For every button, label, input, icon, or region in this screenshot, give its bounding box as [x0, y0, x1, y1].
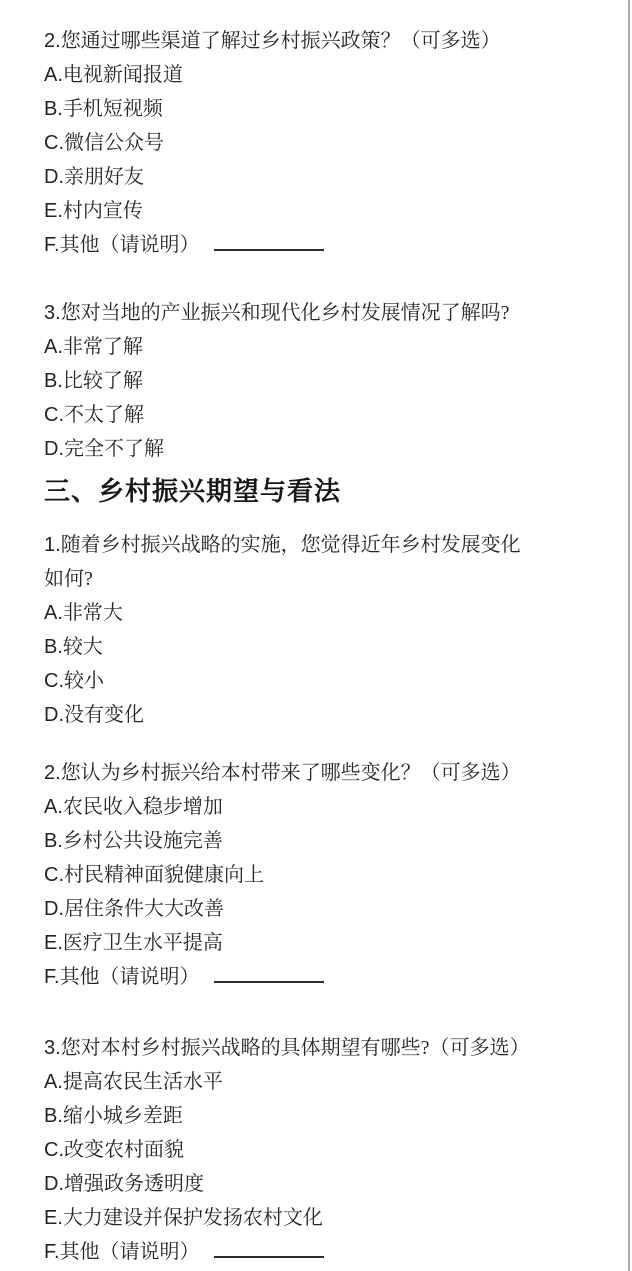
question-block-change-degree: 1.随着乡村振兴战略的实施，您觉得近年乡村发展变化 如何? A.非常大 B.较大…	[44, 528, 608, 732]
option-d: D.没有变化	[44, 698, 608, 732]
option-b: B.缩小城乡差距	[44, 1099, 608, 1133]
option-letter: B.	[44, 830, 63, 852]
option-letter: E.	[44, 932, 63, 954]
option-letter: D.	[44, 166, 64, 188]
option-letter: C.	[44, 404, 64, 426]
question-text: 2.您通过哪些渠道了解过乡村振兴政策？（可多选）	[44, 24, 608, 58]
questionnaire-page: 2.您通过哪些渠道了解过乡村振兴政策？（可多选） A.电视新闻报道 B.手机短视…	[0, 0, 632, 1269]
section-heading: 三、乡村振兴期望与看法	[44, 472, 608, 510]
option-letter: C.	[44, 670, 64, 692]
option-a: A.电视新闻报道	[44, 58, 608, 92]
option-b: B.手机短视频	[44, 92, 608, 126]
question-number: 3.	[44, 302, 61, 324]
option-a: A.农民收入稳步增加	[44, 790, 608, 824]
option-letter: D.	[44, 704, 64, 726]
question-block-channels: 2.您通过哪些渠道了解过乡村振兴政策？（可多选） A.电视新闻报道 B.手机短视…	[44, 24, 608, 262]
option-d: D.完全不了解	[44, 432, 608, 466]
option-f-other: F.其他（请说明）	[44, 1235, 608, 1269]
option-letter: A.	[44, 64, 63, 86]
option-e: E.医疗卫生水平提高	[44, 926, 608, 960]
question-number: 2.	[44, 30, 61, 52]
option-letter: E.	[44, 200, 63, 222]
question-text-line1: 1.随着乡村振兴战略的实施，您觉得近年乡村发展变化	[44, 528, 608, 562]
option-letter: D.	[44, 438, 64, 460]
option-e: E.大力建设并保护发扬农村文化	[44, 1201, 608, 1235]
option-letter: C.	[44, 864, 64, 886]
question-text: 3.您对当地的产业振兴和现代化乡村发展情况了解吗?	[44, 296, 608, 330]
question-block-awareness: 3.您对当地的产业振兴和现代化乡村发展情况了解吗? A.非常了解 B.比较了解 …	[44, 296, 608, 466]
option-letter: B.	[44, 98, 63, 120]
option-b: B.比较了解	[44, 364, 608, 398]
option-b: B.较大	[44, 630, 608, 664]
option-c: C.微信公众号	[44, 126, 608, 160]
option-letter: E.	[44, 1207, 63, 1229]
option-a: A.非常大	[44, 596, 608, 630]
question-number: 3.	[44, 1037, 61, 1059]
question-block-expectations: 3.您对本村乡村振兴战略的具体期望有哪些?（可多选） A.提高农民生活水平 B.…	[44, 1031, 608, 1269]
option-d: D.居住条件大大改善	[44, 892, 608, 926]
question-text: 3.您对本村乡村振兴战略的具体期望有哪些?（可多选）	[44, 1031, 608, 1065]
option-letter: F.	[44, 234, 60, 256]
option-c: C.较小	[44, 664, 608, 698]
option-letter: A.	[44, 336, 63, 358]
option-c: C.村民精神面貌健康向上	[44, 858, 608, 892]
page-right-edge-line	[628, 0, 630, 1271]
option-letter: C.	[44, 1139, 64, 1161]
option-letter: F.	[44, 1241, 60, 1263]
option-letter: A.	[44, 796, 63, 818]
option-letter: A.	[44, 602, 63, 624]
fill-in-blank	[214, 234, 324, 251]
question-number: 2.	[44, 762, 61, 784]
option-d: D.亲朋好友	[44, 160, 608, 194]
fill-in-blank	[214, 1241, 324, 1258]
option-letter: D.	[44, 898, 64, 920]
question-text-line2: 如何?	[44, 562, 608, 596]
option-letter: B.	[44, 370, 63, 392]
option-letter: B.	[44, 1105, 63, 1127]
option-f-other: F.其他（请说明）	[44, 960, 608, 994]
option-e: E.村内宣传	[44, 194, 608, 228]
question-block-changes: 2.您认为乡村振兴给本村带来了哪些变化？（可多选） A.农民收入稳步增加 B.乡…	[44, 756, 608, 994]
option-d: D.增强政务透明度	[44, 1167, 608, 1201]
option-c: C.不太了解	[44, 398, 608, 432]
option-f-other: F.其他（请说明）	[44, 228, 608, 262]
option-letter: F.	[44, 966, 60, 988]
question-number: 1.	[44, 534, 61, 556]
option-letter: C.	[44, 132, 64, 154]
question-text: 2.您认为乡村振兴给本村带来了哪些变化？（可多选）	[44, 756, 608, 790]
option-b: B.乡村公共设施完善	[44, 824, 608, 858]
option-letter: D.	[44, 1173, 64, 1195]
fill-in-blank	[214, 966, 324, 983]
option-letter: A.	[44, 1071, 63, 1093]
option-a: A.非常了解	[44, 330, 608, 364]
option-letter: B.	[44, 636, 63, 658]
option-a: A.提高农民生活水平	[44, 1065, 608, 1099]
option-c: C.改变农村面貌	[44, 1133, 608, 1167]
